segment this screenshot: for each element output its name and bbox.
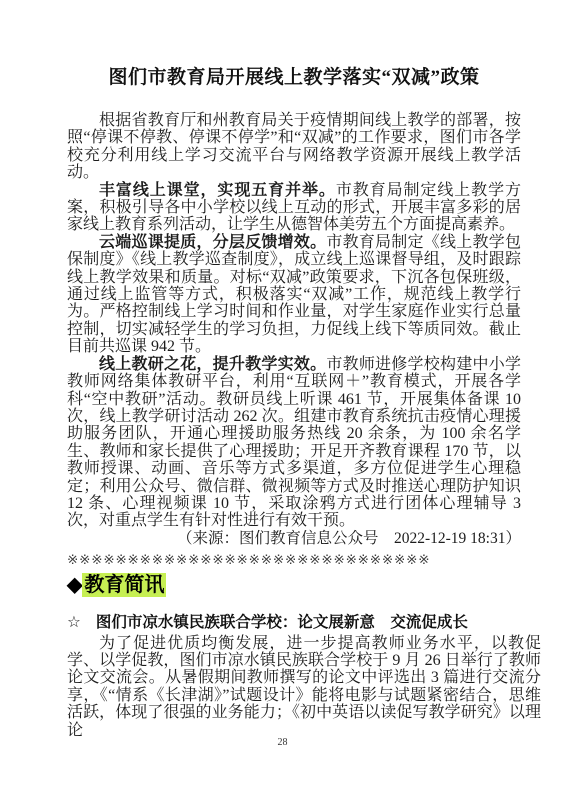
briefing-item-title: ☆图们市凉水镇民族联合学校：论文展新意 交流促成长 xyxy=(67,614,541,632)
briefing-item-title-text: 图们市凉水镇民族联合学校：论文展新意 交流促成长 xyxy=(96,614,468,631)
paragraph-text: 市教育局制定《线上教学包保制度》《线上教学巡查制度》，成立线上巡课督导组，及时跟… xyxy=(67,234,521,355)
paragraph-lead: 云端巡课提质，分层反馈增效。 xyxy=(99,234,326,251)
briefing-heading-highlight: 教育简讯 xyxy=(82,573,166,597)
star-bullet-icon: ☆ xyxy=(67,614,81,631)
document-page: { "page": { "number": "28" }, "article":… xyxy=(0,0,565,800)
page-content: 图们市教育局开展线上教学落实“双减”政策 根据省教育厅和州教育局关于疫情期间线上… xyxy=(0,0,565,739)
article-paragraph: 丰富线上课堂，实现五育并举。市教育局制定线上教学方案，积极引导各中小学校以线上互… xyxy=(67,182,521,234)
paragraph-lead: 丰富线上课堂，实现五育并举。 xyxy=(99,182,336,199)
diamond-bullet-icon: ◆ xyxy=(67,574,82,596)
briefing-section-heading: ◆教育简讯 xyxy=(67,572,521,599)
paragraph-lead: 线上教研之花，提升教学实效。 xyxy=(99,356,326,373)
article-title: 图们市教育局开展线上教学落实“双减”政策 xyxy=(67,64,521,92)
paragraph-text: 市教师进修学校构建中小学教师网络集体教研平台，利用“互联网＋”教育模式，开展各学… xyxy=(67,356,521,530)
briefing-item-body: 为了促进优质均衡发展，进一步提高教师业务水平，以教促学、以学促教，图们市凉水镇民… xyxy=(67,635,541,739)
article-paragraph: 云端巡课提质，分层反馈增效。市教育局制定《线上教学包保制度》《线上教学巡查制度》… xyxy=(67,234,521,356)
paragraph-text: 根据省教育厅和州教育局关于疫情期间线上教学的部署，按照“停课不停教、停课不停学”… xyxy=(67,112,521,181)
article-paragraph: 根据省教育厅和州教育局关于疫情期间线上教学的部署，按照“停课不停教、停课不停学”… xyxy=(67,112,521,182)
briefing-item: ☆图们市凉水镇民族联合学校：论文展新意 交流促成长 为了促进优质均衡发展，进一步… xyxy=(67,614,541,739)
page-number: 28 xyxy=(0,737,565,748)
reference-mark-divider: ※※※※※※※※※※※※※※※※※※※※※※※※※※※※※※ xyxy=(67,551,521,568)
article-paragraph: 线上教研之花，提升教学实效。市教师进修学校构建中小学教师网络集体教研平台，利用“… xyxy=(67,356,521,530)
source-attribution: （来源：图们教育信息公众号 2022-12-19 18:31） xyxy=(67,530,521,547)
